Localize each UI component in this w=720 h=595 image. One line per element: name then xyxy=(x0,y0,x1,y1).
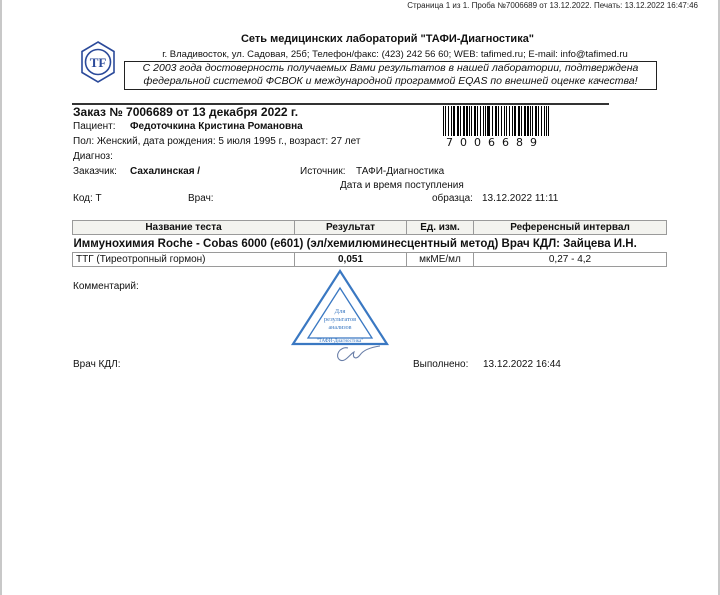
received-label-line2: образца: xyxy=(432,193,473,204)
diagnosis-label: Диагноз: xyxy=(73,151,113,162)
quality-line-2: федеральной системой ФСВОК и международн… xyxy=(125,75,656,88)
barcode-icon xyxy=(443,106,549,136)
barcode-number: 7006689 xyxy=(446,136,549,149)
received-datetime: 13.12.2022 11:11 xyxy=(482,193,558,204)
lab-address: г. Владивосток, ул. Садовая, 25б; Телефо… xyxy=(120,49,670,60)
source-value: ТАФИ-Диагностика xyxy=(356,166,444,177)
kdl-doctor-label: Врач КДЛ: xyxy=(73,359,121,370)
svg-text:анализов: анализов xyxy=(329,325,352,331)
section-title: Иммунохимия Roche - Cobas 6000 (e601) (э… xyxy=(73,235,667,253)
svg-text:"ТАФИ-Диагностика": "ТАФИ-Диагностика" xyxy=(317,339,364,344)
doctor-label: Врач: xyxy=(188,193,214,204)
test-name: ТТГ (Тиреотропный гормон) xyxy=(73,253,295,267)
results-header-row: Название теста Результат Ед. изм. Рефере… xyxy=(73,221,667,235)
source-label: Источник: xyxy=(300,166,345,177)
patient-label: Пациент: xyxy=(73,121,116,132)
patient-name: Федоточкина Кристина Романовна xyxy=(130,121,303,132)
svg-text:Для: Для xyxy=(335,308,346,315)
col-result: Результат xyxy=(295,221,407,235)
test-reference: 0,27 - 4,2 xyxy=(474,253,667,267)
svg-text:результатов: результатов xyxy=(324,316,356,323)
quality-line-1: С 2003 года достоверность получаемых Вам… xyxy=(125,62,656,75)
section-row: Иммунохимия Roche - Cobas 6000 (e601) (э… xyxy=(73,235,667,253)
completed-label: Выполнено: xyxy=(413,359,468,370)
col-test-name: Название теста xyxy=(73,221,295,235)
col-reference: Референсный интервал xyxy=(474,221,667,235)
results-table: Название теста Результат Ед. изм. Рефере… xyxy=(72,220,667,267)
comment-label: Комментарий: xyxy=(73,281,139,292)
customer-value: Сахалинская / xyxy=(130,166,200,177)
received-label-line1: Дата и время поступления xyxy=(340,180,464,191)
svg-text:TF: TF xyxy=(90,55,107,70)
customer-label: Заказчик: xyxy=(73,166,117,177)
completed-datetime: 13.12.2022 16:44 xyxy=(483,359,561,370)
quality-statement: С 2003 года достоверность получаемых Вам… xyxy=(124,61,657,90)
page-edge-left xyxy=(0,0,2,595)
test-result: 0,051 xyxy=(295,253,407,267)
tf-hexagon-logo-icon: TF xyxy=(80,41,116,83)
test-unit: мкМЕ/мл xyxy=(407,253,474,267)
lab-stamp-icon: Для результатов анализов "ТАФИ-Диагности… xyxy=(290,268,390,368)
table-row: ТТГ (Тиреотропный гормон) 0,051 мкМЕ/мл … xyxy=(73,253,667,267)
patient-demographics: Пол: Женский, дата рождения: 5 июля 1995… xyxy=(73,136,360,147)
order-title: Заказ № 7006689 от 13 декабря 2022 г. xyxy=(73,105,298,119)
code-label: Код: Т xyxy=(73,193,102,204)
lab-name: Сеть медицинских лабораторий "ТАФИ-Диагн… xyxy=(120,33,655,45)
print-info-line: Страница 1 из 1. Проба №7006689 от 13.12… xyxy=(407,1,698,10)
col-unit: Ед. изм. xyxy=(407,221,474,235)
